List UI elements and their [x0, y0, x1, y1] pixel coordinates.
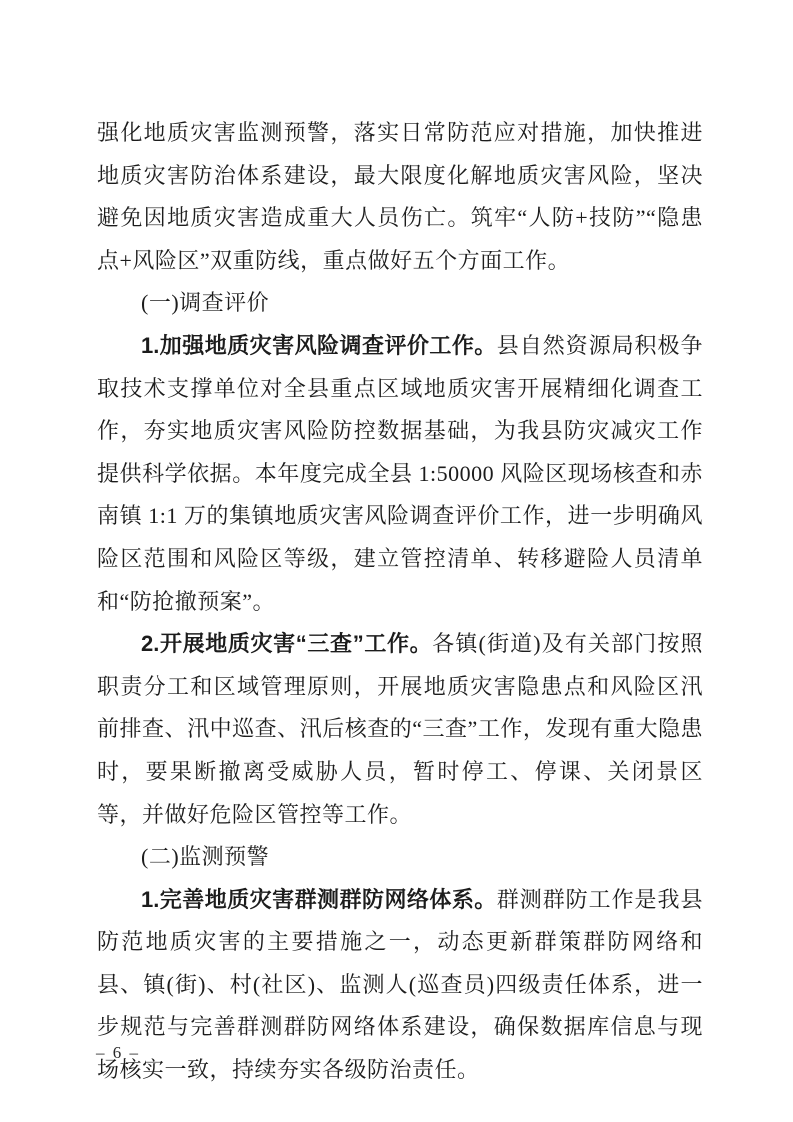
page-number: – 6 – — [96, 1041, 138, 1065]
paragraph-text: 各镇(街道)及有关部门按照职责分工和区域管理原则，开展地质灾害隐患点和风险区汛前… — [97, 631, 703, 826]
section-heading-1: (一)调查评价 — [97, 282, 703, 325]
paragraph-text: 强化地质灾害监测预警，落实日常防范应对措施，加快推进地质灾害防治体系建设，最大限… — [97, 120, 703, 273]
numbered-lead: 1.加强地质灾害风险调查评价工作。 — [141, 333, 497, 358]
paragraph-item-3: 1.完善地质灾害群测群防网络体系。群测群防工作是我县防范地质灾害的主要措施之一，… — [97, 879, 703, 1092]
paragraph-text: 群测群防工作是我县防范地质灾害的主要措施之一，动态更新群策群防网络和县、镇(街)… — [97, 887, 703, 1082]
document-page: 强化地质灾害监测预警，落实日常防范应对措施，加快推进地质灾害防治体系建设，最大限… — [0, 0, 793, 1122]
numbered-lead: 2.开展地质灾害“三查”工作。 — [141, 631, 432, 656]
section-heading-text: (一)调查评价 — [141, 290, 269, 315]
paragraph-continuation: 强化地质灾害监测预警，落实日常防范应对措施，加快推进地质灾害防治体系建设，最大限… — [97, 112, 703, 282]
section-heading-text: (二)监测预警 — [141, 844, 269, 869]
numbered-lead: 1.完善地质灾害群测群防网络体系。 — [141, 887, 497, 912]
section-heading-2: (二)监测预警 — [97, 836, 703, 879]
paragraph-item-2: 2.开展地质灾害“三查”工作。各镇(街道)及有关部门按照职责分工和区域管理原则，… — [97, 623, 703, 836]
paragraph-text: 县自然资源局积极争取技术支撑单位对全县重点区域地质灾害开展精细化调查工作，夯实地… — [97, 333, 703, 614]
paragraph-item-1: 1.加强地质灾害风险调查评价工作。县自然资源局积极争取技术支撑单位对全县重点区域… — [97, 325, 703, 623]
document-body: 强化地质灾害监测预警，落实日常防范应对措施，加快推进地质灾害防治体系建设，最大限… — [97, 112, 703, 1092]
